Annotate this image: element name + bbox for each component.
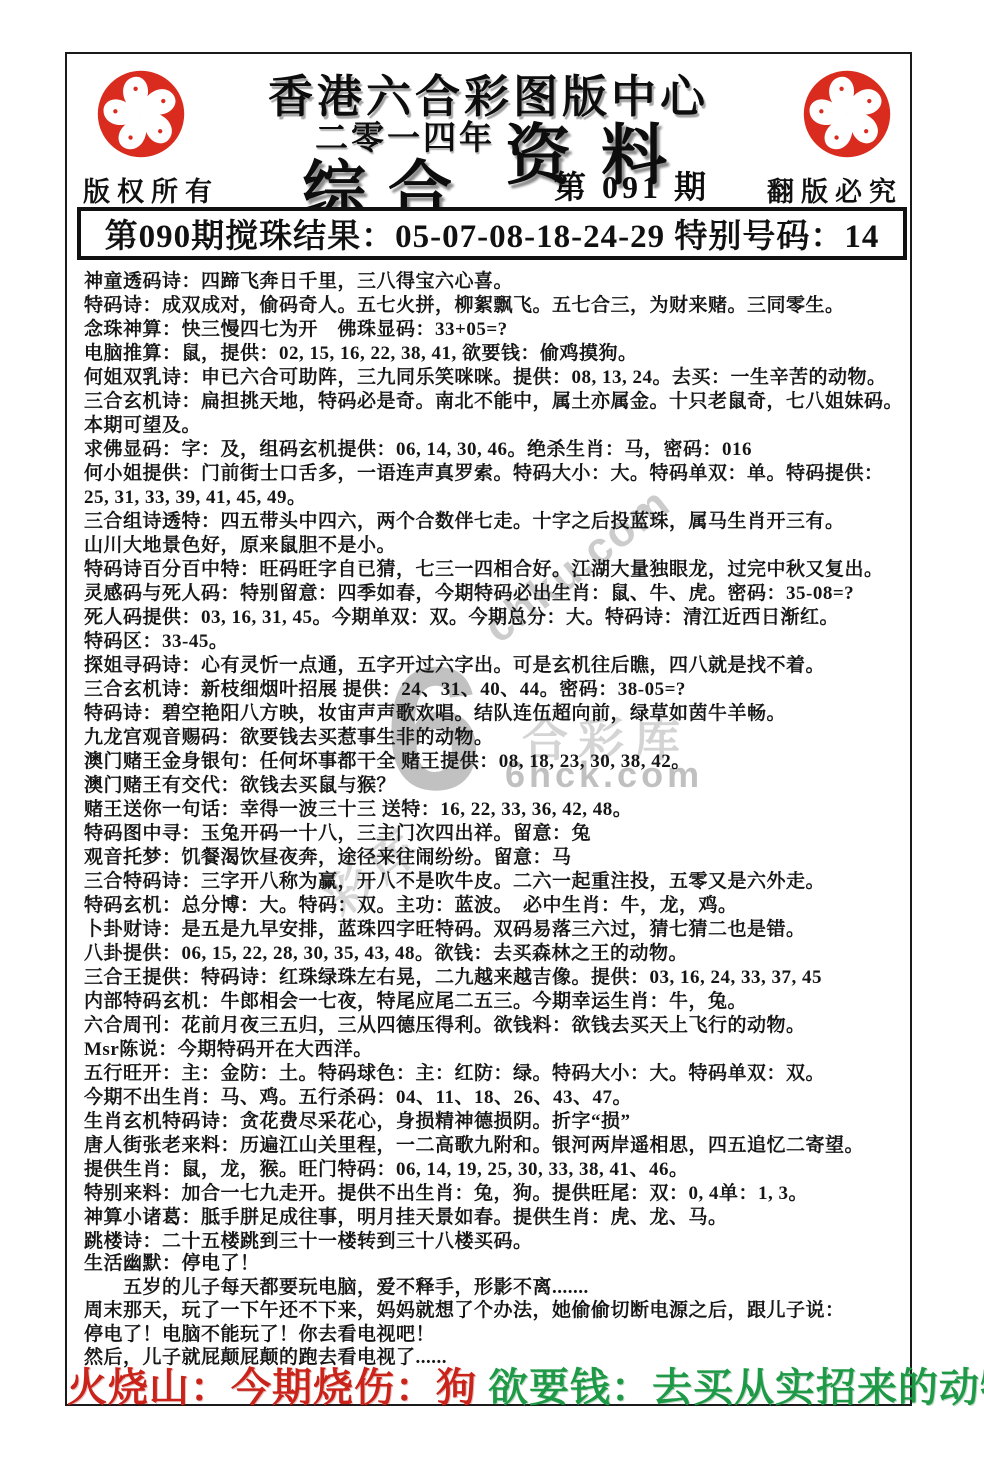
tip-line: 澳门赌王有交代：欲钱去买鼠与猴？	[84, 774, 906, 798]
draw-result-text: 第090期搅珠结果：05-07-08-18-24-29 特别号码：14	[105, 210, 880, 257]
humor-line: 生活幽默：停电了！	[84, 1252, 906, 1276]
tip-line: 赌王送你一句话：幸得一波三十三 送特：16, 22, 33, 36, 42, 4…	[84, 798, 906, 822]
tip-line: 25, 31, 33, 39, 41, 45, 49。	[84, 486, 906, 510]
tip-line: 三合特码诗：三字开八称为赢，开八不是吹牛皮。二六一起重注投，五零又是六外走。	[84, 870, 906, 894]
tip-line: 九龙宫观音赐码：欲要钱去买惹事生非的动物。	[84, 726, 906, 750]
tip-line: 山川大地景色好，原来鼠胆不是小。	[84, 534, 906, 558]
tip-line: 神算小诸葛：胝手胼足成往事，明月挂天景如春。提供生肖：虎、龙、马。	[84, 1206, 906, 1230]
tip-line: 本期可望及。	[84, 414, 906, 438]
tip-line: Msr陈说：今期特码开在大西洋。	[84, 1038, 906, 1062]
humor-lines-list: 生活幽默：停电了！ 五岁的儿子每天都要玩电脑，爱不释手，形影不离.......周…	[84, 1252, 906, 1370]
tip-line: 五行旺开：主：金防：土。特码球色：主：红防：绿。特码大小：大。特码单双：双。	[84, 1062, 906, 1086]
humor-line: 周末那天，玩了一下午还不下来，妈妈就想了个办法，她偷偷切断电源之后，跟儿子说：	[84, 1299, 906, 1323]
tip-line: 澳门赌王金身银句：任何坏事都干全 赌王提供：08, 18, 23, 30, 38…	[84, 750, 906, 774]
tip-line: 卜卦财诗：是五是九早安排，蓝珠四字旺特码。双码易落三六过，猜七猜二也是错。	[84, 918, 906, 942]
tip-line: 生肖玄机特码诗：贪花费尽采花心，身损精神德损阴。折字“损”	[84, 1110, 906, 1134]
footer-prediction-line: 火烧山：今期烧伤：狗 欲要钱：去买从实招来的动物	[67, 1356, 910, 1413]
footer-separator	[477, 1365, 488, 1410]
tip-line: 唐人街张老来料：历遍江山关里程，一二高歌九附和。银河两岸遥相思，四五追忆二寄望。	[84, 1134, 906, 1158]
tip-line: 跳楼诗：二十五楼跳到三十一楼转到三十八楼买码。	[84, 1230, 906, 1254]
lottery-tip-sheet-page: 6 chku.com 合彩库 6hck.com 彩库	[0, 0, 984, 1457]
tip-line: 何小姐提供：门前街士口舌多，一语连声真罗索。特码大小：大。特码单双：单。特码提供…	[84, 462, 906, 486]
tip-line: 特码诗：碧空艳阳八方映，妆宙声声歌欢唱。结队连伍超向前，绿草如茵牛羊畅。	[84, 702, 906, 726]
tip-line: 电脑推算：鼠，提供：02, 15, 16, 22, 38, 41, 欲要钱：偷鸡…	[84, 342, 906, 366]
humor-line: 停电了！电脑不能玩了！你去看电视吧！	[84, 1323, 906, 1347]
tip-line: 念珠神算：快三慢四七为开 佛珠显码：33+05=?	[84, 318, 906, 342]
tip-line: 特码玄机：总分博：大。特码：双。主功：蓝波。 必中生肖：牛，龙，鸡。	[84, 894, 906, 918]
tip-line: 特别来料：加合一七九走开。提供不出生肖：兔，狗。提供旺尾：双：0, 4单：1, …	[84, 1182, 906, 1206]
tip-line: 提供生肖：鼠，龙，猴。旺门特码：06, 14, 19, 25, 30, 33, …	[84, 1158, 906, 1182]
footer-red-text: 火烧山：今期烧伤：狗	[67, 1365, 477, 1410]
tip-line: 特码图中寻：玉兔开码一十八，三主门次四出祥。留意：兔	[84, 822, 906, 846]
draw-result-banner: 第090期搅珠结果：05-07-08-18-24-29 特别号码：14	[77, 207, 907, 260]
tip-line: 八卦提供：06, 15, 22, 28, 30, 35, 43, 48。欲钱：去…	[84, 942, 906, 966]
tip-line: 特码诗：成双成对，偷码奇人。五七火拼，柳絮飘飞。五七合三，为财来赌。三同零生。	[84, 294, 906, 318]
tip-line: 死人码提供：03, 16, 31, 45。今期单双：双。今期总分：大。特码诗：清…	[84, 606, 906, 630]
tip-line: 三合玄机诗：新枝细烟叶招展 提供：24、31、40、44。密码：38-05=?	[84, 678, 906, 702]
tip-line: 三合玄机诗：扁担挑天地，特码必是奇。南北不能中，属土亦属金。十只老鼠奇，七八姐妹…	[84, 390, 906, 414]
tip-line: 三合组诗透特：四五带头中四六，两个合数伴七走。十字之后投蓝珠，属马生肖开三有。	[84, 510, 906, 534]
tip-line: 特码区：33-45。	[84, 630, 906, 654]
copyright-left-label: 版权所有	[83, 170, 219, 209]
tip-line: 特码诗百分百中特：旺码旺字自已猜，七三一四相合好。江湖大量独眼龙，过完中秋又复出…	[84, 558, 906, 582]
copyright-right-label: 翻版必究	[767, 170, 903, 209]
issue-number: 第 091 期	[554, 162, 710, 208]
humor-line: 五岁的儿子每天都要玩电脑，爱不释手，形影不离.......	[84, 1276, 906, 1300]
sheet-border-frame: 6 chku.com 合彩库 6hck.com 彩库	[65, 52, 912, 1406]
footer-green-text: 欲要钱：去买从实招来的动物	[488, 1365, 984, 1410]
header: 香港六合彩图版中心 二零一四年 综合 资料 第 091 期 版权所有 翻版必究	[67, 54, 910, 206]
tip-line: 六合周刊：花前月夜三五归，三从四德压得利。欲钱料：欲钱去买天上飞行的动物。	[84, 1014, 906, 1038]
tip-line: 探姐寻码诗：心有灵忻一点通，五字开过六字出。可是玄机往后瞧，四八就是找不着。	[84, 654, 906, 678]
tip-line: 内部特码玄机：牛郎相会一七夜，特尾应尾二五三。今期幸运生肖：牛，兔。	[84, 990, 906, 1014]
tip-line: 灵感码与死人码：特别留意：四季如春，今期特码必出生肖：鼠、牛、虎。密码：35-0…	[84, 582, 906, 606]
tip-line: 神童透码诗：四蹄飞奔日千里，三八得宝六心喜。	[84, 270, 906, 294]
tip-lines-list: 神童透码诗：四蹄飞奔日千里，三八得宝六心喜。特码诗：成双成对，偷码奇人。五七火拼…	[84, 270, 906, 1254]
tip-line: 何姐双乳诗：申已六合可助阵，三九同乐笑咪咪。提供：08, 13, 24。去买：一…	[84, 366, 906, 390]
tip-line: 三合王提供：特码诗：红珠绿珠左右晃，二九越来越吉像。提供：03, 16, 24,…	[84, 966, 906, 990]
tip-line: 观音托梦：饥餐渴饮昼夜奔，途径来往闹纷纷。留意：马	[84, 846, 906, 870]
tip-line: 求佛显码：字：及，组码玄机提供：06, 14, 30, 46。绝杀生肖：马，密码…	[84, 438, 906, 462]
tip-line: 今期不出生肖：马、鸡。五行杀码：04、11、18、26、43、47。	[84, 1086, 906, 1110]
